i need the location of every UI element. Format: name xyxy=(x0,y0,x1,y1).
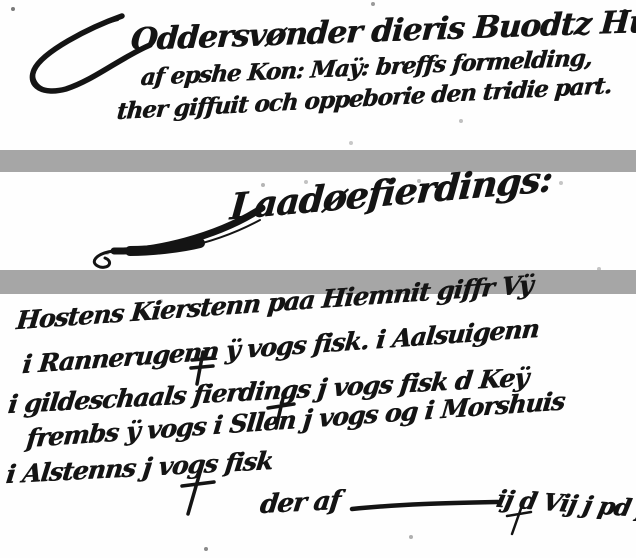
sum-dash-rule xyxy=(352,502,498,509)
paper-speckles xyxy=(0,0,2,2)
sum-value: ij d Vij j pd ßz. xyxy=(494,484,636,525)
sum-label: der af xyxy=(258,486,341,520)
entry-line-5: i Alstenns j vogs fisk xyxy=(4,446,274,489)
manuscript-scan-page: Oddersvønder dieris Buodtz Huor af epshe… xyxy=(0,0,636,558)
